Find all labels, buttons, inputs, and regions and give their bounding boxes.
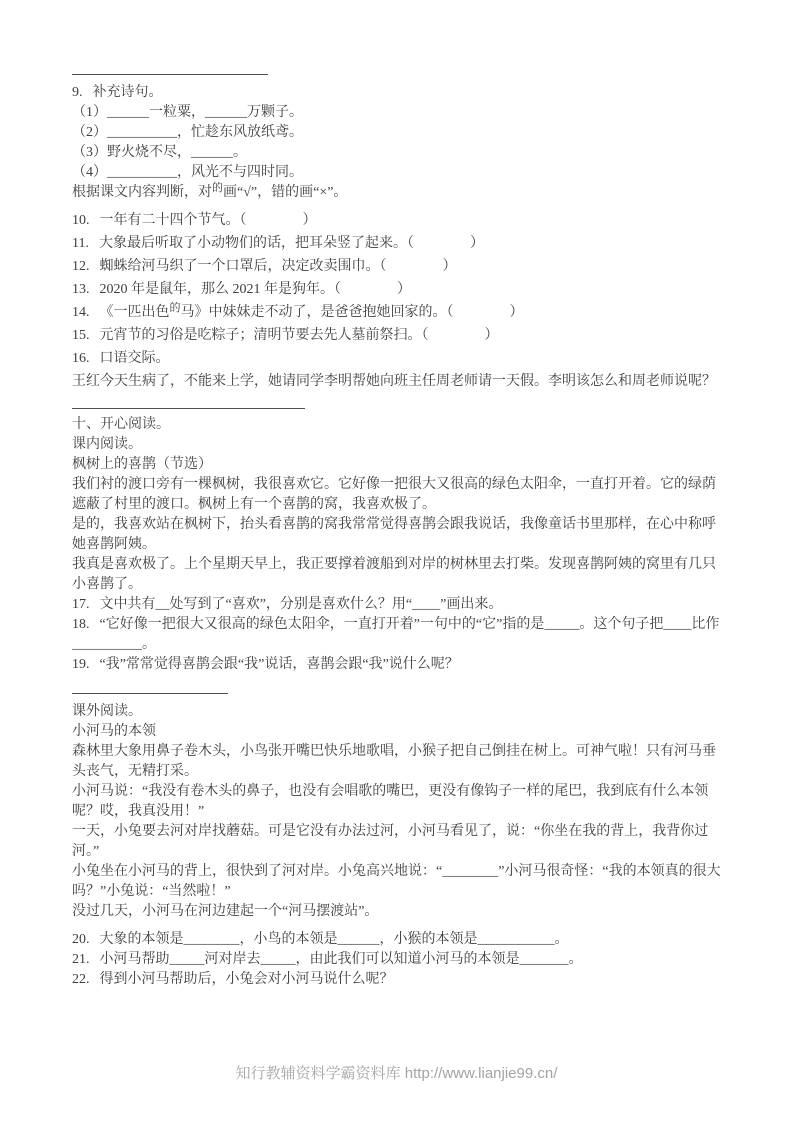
question-14: 14.《一匹出色的马》中妹妹走不动了，是爸爸抱她回家的。（ ） xyxy=(72,303,723,323)
question-number: 11. xyxy=(72,236,89,251)
question-9-title: 9.补充诗句。 xyxy=(72,83,723,103)
intro-text-post: 画“√”，错的画“×”。 xyxy=(223,185,347,200)
inclass-reading-label: 课内阅读。 xyxy=(72,435,723,455)
footer-watermark: 知行教辅资料学霸资料库 http://www.lianjie99.cn/ xyxy=(0,1064,793,1084)
question-number: 9. xyxy=(72,85,83,100)
passage-paragraph: 我真是喜欢极了。上个星期天早上，我正要撑着渡船到对岸的树林里去打柴。发现喜鹊阿姨… xyxy=(72,555,723,595)
question-text-post: 马》中妹妹走不动了，是爸爸抱她回家的。（ ） xyxy=(181,305,524,320)
question-9-item-3: （3）野火烧不尽，______。 xyxy=(72,143,723,163)
passage-paragraph: 小兔坐在小河马的背上，很快到了河对岸。小兔高兴地说：“________”小河马很… xyxy=(72,862,723,902)
question-text: 2020 年是鼠年，那么 2021 年是狗年。（ ） xyxy=(100,282,412,297)
passage-paragraph: 森林里大象用鼻子卷木头，小鸟张开嘴巴快乐地歌唱，小猴子把自己倒挂在树上。可神气啦… xyxy=(72,742,723,782)
judge-items: 10.一年有二十四个节气。（ ） 11.大象最后听取了小动物们的话，把耳朵竖了起… xyxy=(72,211,723,369)
section-10-title: 十、开心阅读。 xyxy=(72,415,723,435)
question-text: 小河马帮助_____河对岸去_____，由此我们可以知道小河马的本领是_____… xyxy=(100,952,583,967)
question-number: 19. xyxy=(72,657,90,672)
outclass-reading-label: 课外阅读。 xyxy=(72,702,723,722)
question-number: 15. xyxy=(72,328,90,343)
question-18: 18.“它好像一把很大又很高的绿色太阳伞，一直打开着”一句中的“它”指的是___… xyxy=(72,615,723,655)
judge-section-intro: 根据课文内容判断，对的画“√”，错的画“×”。 xyxy=(72,183,723,203)
question-text: 口语交际。 xyxy=(100,351,170,366)
question-text: 一年有二十四个节气。（ ） xyxy=(100,213,317,228)
outclass-questions: 20.大象的本领是________，小鸟的本领是______，小猴的本领是___… xyxy=(72,930,723,990)
question-19: 19.“我”常常觉得喜鹊会跟“我”说话，喜鹊会跟“我”说什么呢？ xyxy=(72,655,723,675)
question-11: 11.大象最后听取了小动物们的话，把耳朵竖了起来。（ ） xyxy=(72,234,723,254)
question-superscript: 的 xyxy=(170,302,181,314)
question-16-prompt: 王红今天生病了，不能来上学，她请同学李明帮她向班主任周老师请一天假。李明该怎么和… xyxy=(72,372,723,392)
question-text: 大象最后听取了小动物们的话，把耳朵竖了起来。（ ） xyxy=(99,236,484,251)
question-text: 文中共有__处写到了“喜欢”，分别是喜欢什么？用“____”画出来。 xyxy=(100,597,503,612)
passage-paragraph: 是的，我喜欢站在枫树下，抬头看喜鹊的窝我常常觉得喜鹊会跟我说话，我像童话书里那样… xyxy=(72,515,723,555)
answer-blank-line xyxy=(72,74,268,75)
question-number: 12. xyxy=(72,259,90,274)
question-21: 21.小河马帮助_____河对岸去_____，由此我们可以知道小河马的本领是__… xyxy=(72,950,723,970)
question-text-pre: 《一匹出色 xyxy=(100,305,170,320)
passage-paragraph: 小河马说：“我没有卷木头的鼻子，也没有会唱歌的嘴巴，更没有像钩子一样的尾巴，我到… xyxy=(72,782,723,822)
question-number: 10. xyxy=(72,213,90,228)
intro-superscript: 的 xyxy=(212,182,223,194)
passage-paragraph: 一天，小兔要去河对岸找蘑菇。可是它没有办法过河，小河马看见了，说：“你坐在我的背… xyxy=(72,822,723,862)
question-text: “我”常常觉得喜鹊会跟“我”说话，喜鹊会跟“我”说什么呢？ xyxy=(100,657,459,672)
question-number: 13. xyxy=(72,282,90,297)
question-number: 18. xyxy=(72,617,90,632)
question-text: 得到小河马帮助后，小兔会对小河马说什么呢？ xyxy=(100,972,394,987)
question-number: 16. xyxy=(72,351,90,366)
passage-paragraph: 没过几天，小河马在河边建起一个“河马摆渡站”。 xyxy=(72,902,723,922)
question-9-item-2: （2）__________，忙趁东风放纸鸢。 xyxy=(72,123,723,143)
question-number: 21. xyxy=(72,952,90,967)
question-text: 蜘蛛给河马织了一个口罩后，决定改卖围巾。（ ） xyxy=(100,259,457,274)
answer-blank-line xyxy=(72,693,228,694)
answer-blank-line xyxy=(72,408,305,409)
question-text: 大象的本领是________，小鸟的本领是______，小猴的本领是______… xyxy=(100,932,569,947)
question-text: 元宵节的习俗是吃粽子；清明节要去先人墓前祭扫。（ ） xyxy=(100,328,499,343)
worksheet-page: 9.补充诗句。 （1）______一粒粟，______万颗子。 （2）_____… xyxy=(0,0,793,990)
question-9-item-1: （1）______一粒粟，______万颗子。 xyxy=(72,103,723,123)
question-number: 20. xyxy=(72,932,90,947)
passage-title: 枫树上的喜鹊（节选） xyxy=(72,455,723,475)
question-16: 16.口语交际。 xyxy=(72,349,723,369)
question-10: 10.一年有二十四个节气。（ ） xyxy=(72,211,723,231)
question-number: 14. xyxy=(72,305,90,320)
question-15: 15.元宵节的习俗是吃粽子；清明节要去先人墓前祭扫。（ ） xyxy=(72,326,723,346)
question-20: 20.大象的本领是________，小鸟的本领是______，小猴的本领是___… xyxy=(72,930,723,950)
question-13: 13.2020 年是鼠年，那么 2021 年是狗年。（ ） xyxy=(72,280,723,300)
intro-text-pre: 根据课文内容判断，对 xyxy=(72,185,212,200)
question-12: 12.蜘蛛给河马织了一个口罩后，决定改卖围巾。（ ） xyxy=(72,257,723,277)
question-text: 补充诗句。 xyxy=(93,85,163,100)
question-22: 22.得到小河马帮助后，小兔会对小河马说什么呢？ xyxy=(72,970,723,990)
passage-title: 小河马的本领 xyxy=(72,722,723,742)
question-9-item-4: （4）__________，风光不与四时同。 xyxy=(72,163,723,183)
passage-paragraph: 我们衬的渡口旁有一棵枫树，我很喜欢它。它好像一把很大又很高的绿色太阳伞，一直打开… xyxy=(72,475,723,515)
question-text: “它好像一把很大又很高的绿色太阳伞，一直打开着”一句中的“它”指的是_____。… xyxy=(72,617,719,652)
question-number: 22. xyxy=(72,972,90,987)
question-number: 17. xyxy=(72,597,90,612)
question-17: 17.文中共有__处写到了“喜欢”，分别是喜欢什么？用“____”画出来。 xyxy=(72,595,723,615)
